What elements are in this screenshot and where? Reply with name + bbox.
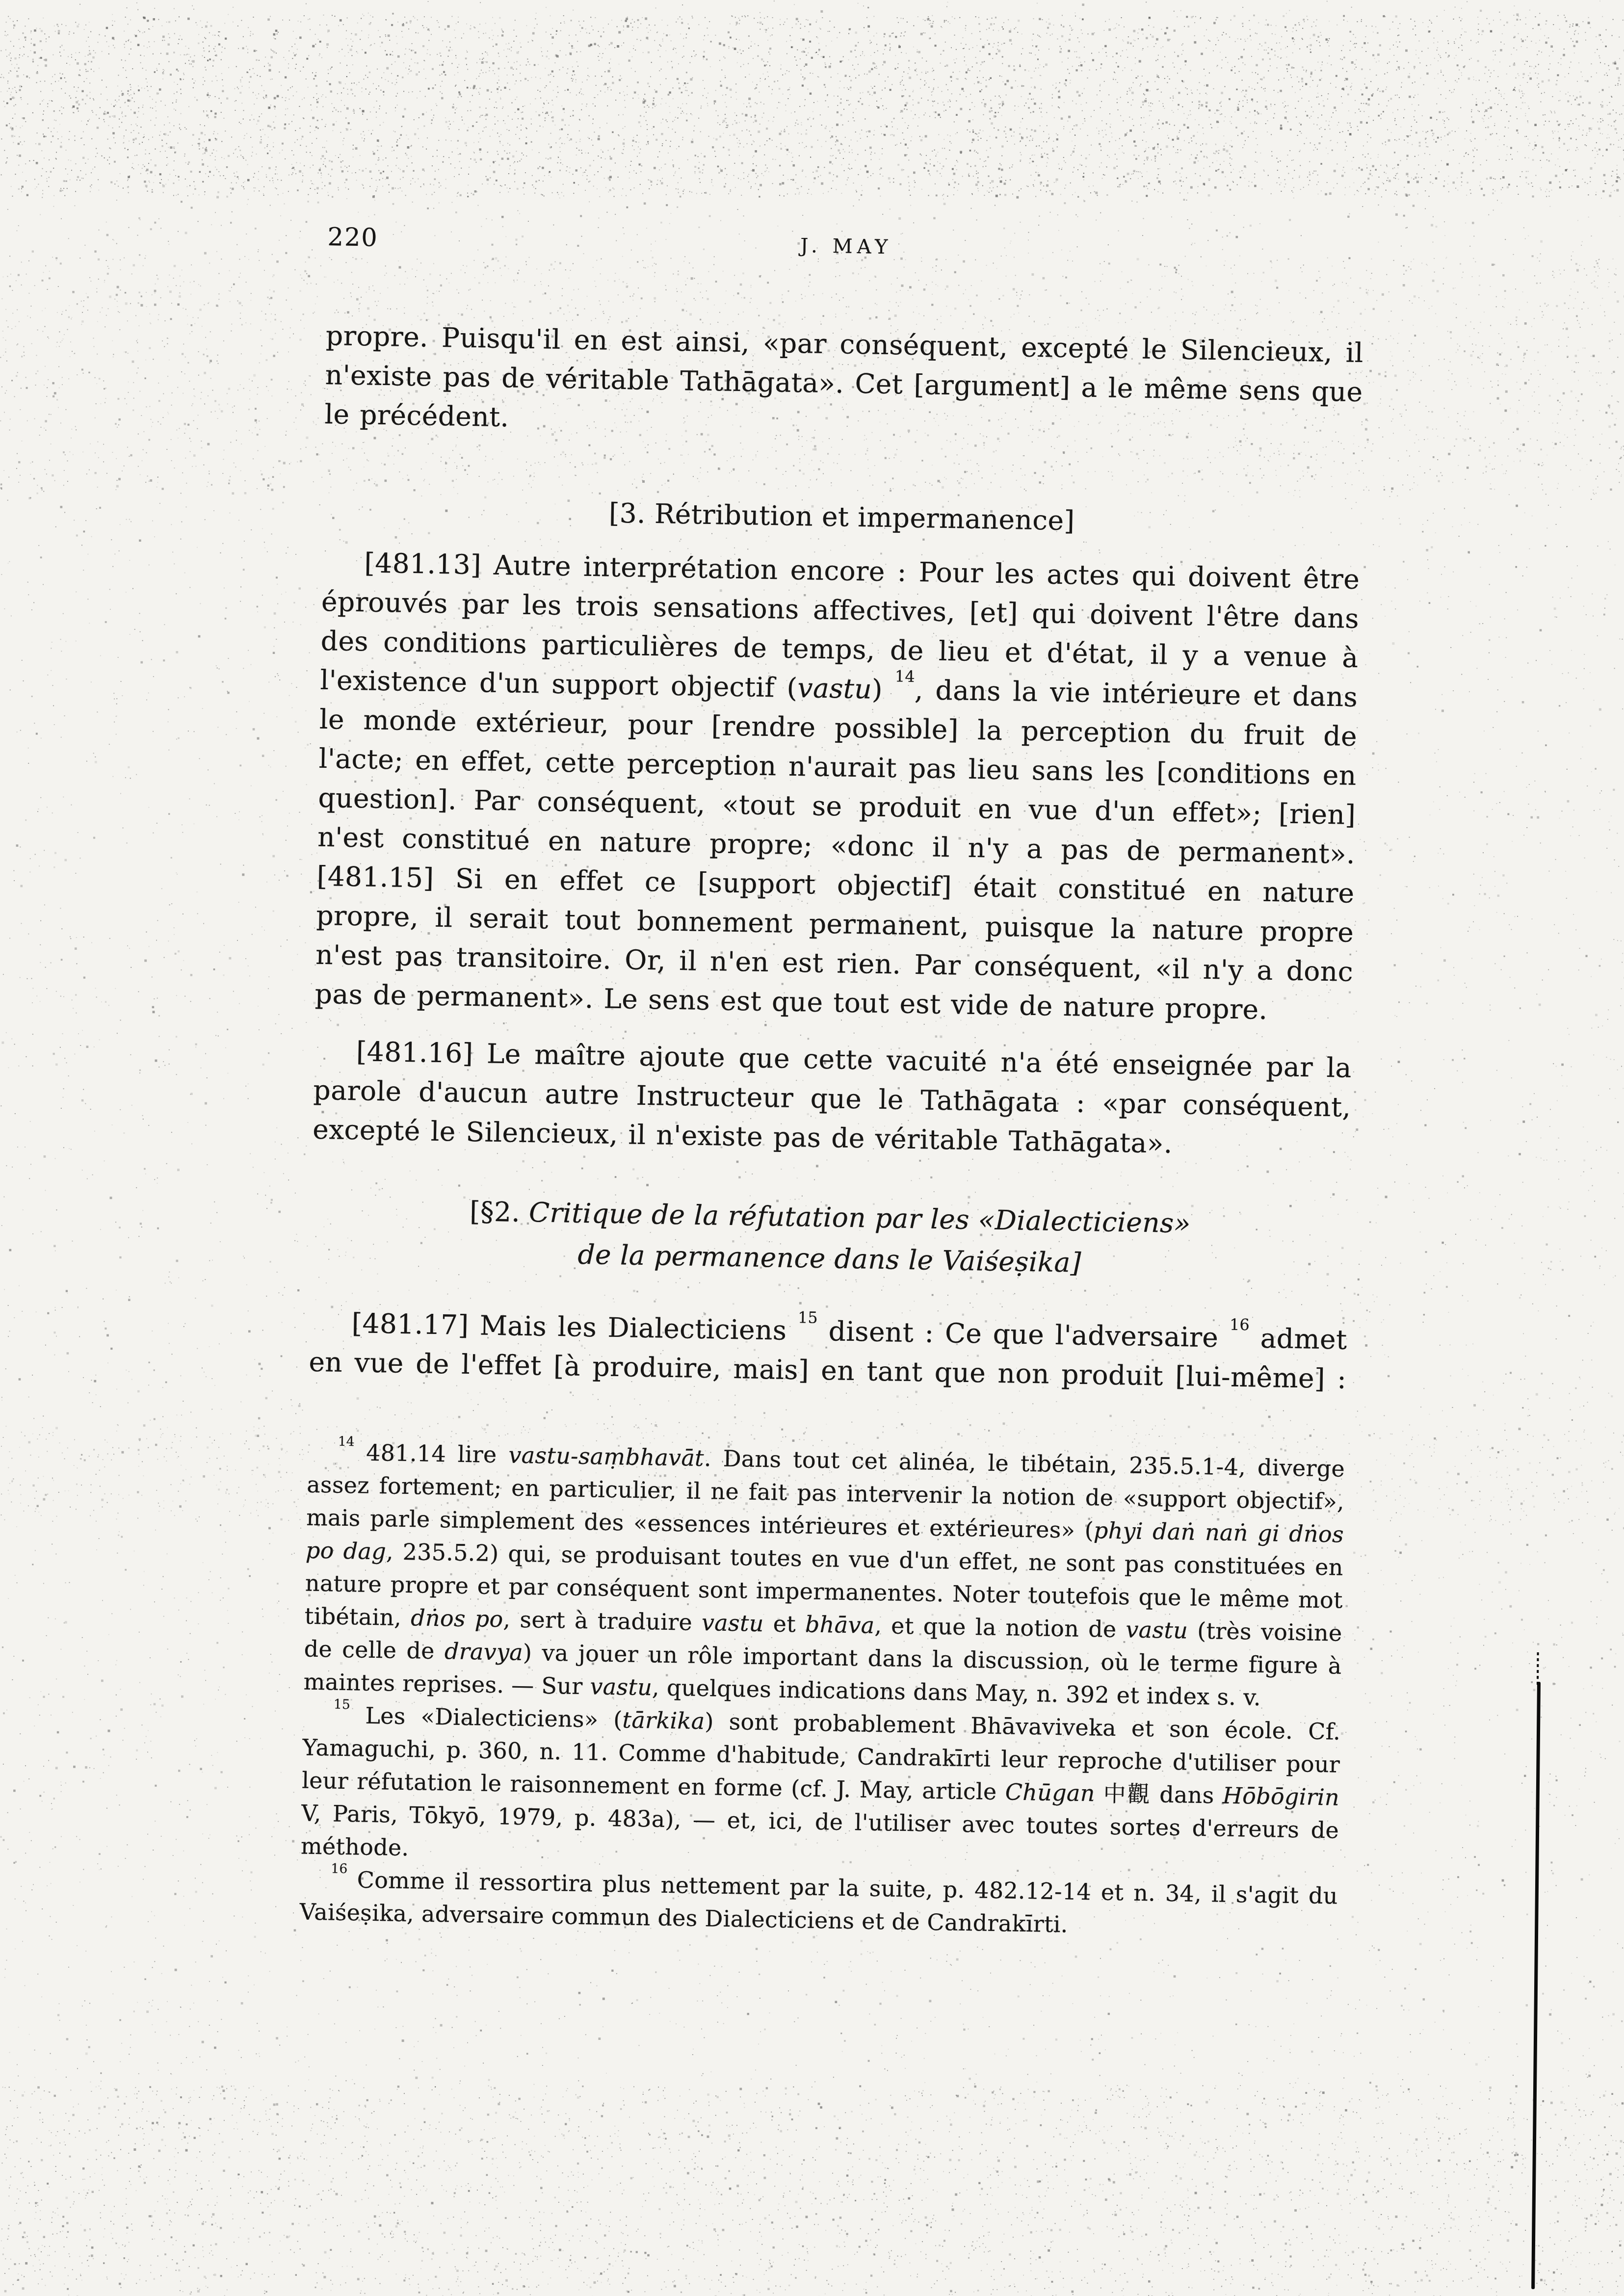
scan-artifact-line [1531, 1682, 1541, 2289]
page-header: 220 J. MAY [327, 222, 1365, 270]
running-header-author: J. MAY [327, 227, 1365, 266]
section-heading-critique: [§2. Critique de la réfutation par les «… [311, 1188, 1349, 1288]
paragraph-481-13: [481.13] Autre interprétation encore : P… [314, 543, 1360, 1031]
footnote-15: 15 Les «Dialecticiens» (tārkika) sont pr… [301, 1698, 1341, 1880]
section-heading-retribution: [3. Rétribution et impermanence] [323, 489, 1361, 545]
paragraph-481-17: [481.17] Mais les Dialecticiens 15 disen… [309, 1303, 1347, 1399]
paragraph-481-16: [481.16] Le maître ajoute que cette vacu… [313, 1031, 1352, 1166]
paragraph-continuation: propre. Puisqu'il en est ainsi, «par con… [324, 316, 1364, 451]
footnote-14: 14 481.14 lire vastu-saṃbhavāt. Dans tou… [303, 1435, 1345, 1716]
scanned-page-content: 220 J. MAY propre. Puisqu'il en est ains… [299, 222, 1365, 1946]
footnotes-section: 14 481.14 lire vastu-saṃbhavāt. Dans tou… [299, 1435, 1345, 1946]
